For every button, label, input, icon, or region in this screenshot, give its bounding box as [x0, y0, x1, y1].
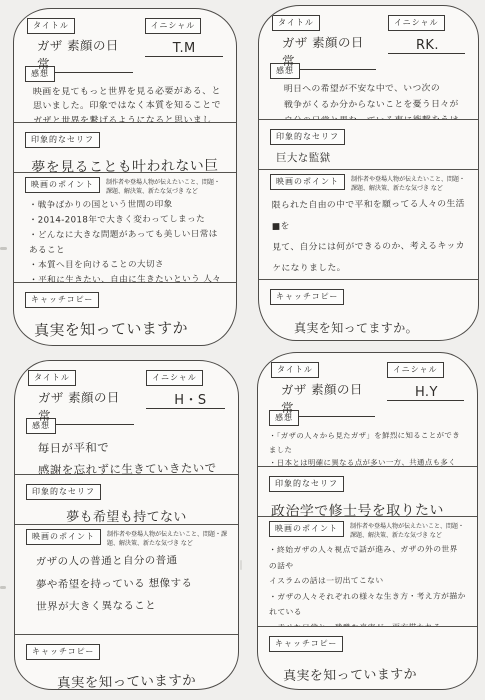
field-label-points: 映画のポイント — [25, 177, 100, 193]
field-label-catchcopy: キャッチコピー — [269, 636, 343, 652]
card-header: タイトル ガザ 素顔の日常 イニシャル H.Y — [258, 353, 477, 401]
review-card: タイトル ガザ 素顔の日常 イニシャル H.Y 感想 ・「ガザの人々から見たガザ… — [257, 352, 478, 690]
catchcopy-text: 真実を知っていますか — [269, 662, 466, 684]
scan-artifact — [0, 586, 6, 589]
scan-artifact — [0, 247, 7, 250]
field-label-title: タイトル — [27, 18, 75, 34]
title-value: ガザ 素顔の日常 — [38, 387, 133, 424]
impression-text: 毎日が平和で 感謝を忘れずに生きていきたいです — [26, 435, 228, 475]
field-label-points: 映画のポイント — [270, 174, 345, 190]
points-hint-text: 制作者や登場人物が伝えたいこと、問題・課題、解決策、新たな気づき など — [106, 177, 225, 196]
catchcopy-section: キャッチコピー 真実を知ってますか。 — [259, 280, 478, 340]
title-field: タイトル ガザ 素顔の日常 — [28, 370, 134, 409]
initial-value: H・S — [156, 389, 206, 408]
points-text: 限られた自由の中で平和を願ってる人々の生活■を 見て、自分には何ができるのか、考… — [270, 194, 468, 280]
quote-text: 巨大な監獄 他の国の人達と同じように自由になりたい。 — [270, 149, 467, 170]
catchcopy-text: 真実を知ってますか。 — [270, 319, 467, 336]
points-header: 映画のポイント 制作者や登場人物が伝えたいこと、問題・課題、解決策、新たな気づき… — [25, 177, 225, 196]
field-label-quote: 印象的なセリフ — [26, 484, 101, 500]
scan-artifact — [240, 560, 242, 570]
field-label-quote: 印象的なセリフ — [270, 129, 345, 145]
title-value: ガザ 素顔の日常 — [281, 379, 373, 416]
review-card: タイトル ガザ 素顔の日常 イニシャル T.M 感想 映画を見てもっと世界を見る… — [13, 8, 237, 346]
review-card: タイトル ガザ 素顔の日常 イニシャル RK. 感想 明日への希望が不安な中で、… — [258, 5, 479, 341]
field-label-initial: イニシャル — [388, 15, 445, 31]
field-label-catchcopy: キャッチコピー — [270, 289, 344, 305]
points-header: 映画のポイント 制作者や登場人物が伝えたいこと、問題・課題、解決策、新たな気づき… — [26, 529, 227, 548]
title-field: タイトル ガザ 素顔の日常 — [271, 362, 375, 401]
title-field: タイトル ガザ 素顔の日常 — [272, 15, 376, 54]
points-header: 映画のポイント 制作者や登場人物が伝えたいこと、問題・課題、解決策、新たな気づき… — [270, 174, 467, 193]
catchcopy-section: キャッチコピー 真実を知っていますか — [15, 635, 238, 689]
field-label-points: 映画のポイント — [26, 529, 101, 545]
initial-field: イニシャル RK. — [388, 15, 465, 54]
field-label-title: タイトル — [272, 15, 320, 31]
title-value: ガザ 素顔の日常 — [282, 32, 374, 69]
quote-section: 印象的なセリフ 夢も希望も持てない — [15, 475, 238, 525]
quote-section: 印象的なセリフ 巨大な監獄 他の国の人達と同じように自由になりたい。 — [259, 120, 478, 170]
impression-text: 映画を見てもっと世界を見る必要がある、と 思いました。印象ではなく本質を知ること… — [25, 84, 225, 123]
title-value: ガザ 素顔の日常 — [37, 35, 131, 72]
catchcopy-section: キャッチコピー 真実を知っていますか — [258, 627, 477, 689]
field-label-points: 映画のポイント — [269, 521, 344, 537]
title-field: タイトル ガザ 素顔の日常 — [27, 18, 133, 57]
points-section: 映画のポイント 制作者や登場人物が伝えたいこと、問題・課題、解決策、新たな気づき… — [14, 173, 236, 283]
catchcopy-text: 真実を知っていますか — [26, 667, 227, 689]
points-section: 映画のポイント 制作者や登場人物が伝えたいこと、問題・課題、解決策、新たな気づき… — [259, 170, 478, 280]
card-header: タイトル ガザ 素顔の日常 イニシャル T.M — [14, 9, 236, 57]
points-header: 映画のポイント 制作者や登場人物が伝えたいこと、問題・課題、解決策、新たな気づき… — [269, 521, 466, 540]
quote-section: 印象的なセリフ 政治学で修士号を取りたい — [258, 467, 477, 517]
field-label-quote: 印象的なセリフ — [25, 132, 100, 148]
field-label-initial: イニシャル — [387, 362, 444, 378]
impression-text: ・「ガザの人々から見たガザ」を鮮烈に知ることができました ・日本とは明確に異なる… — [269, 428, 466, 467]
impression-text: 明日への希望が不安な中で、いつ次の 戦争がくるか分からないことを憂う日々が 自分… — [270, 81, 467, 120]
field-label-catchcopy: キャッチコピー — [25, 292, 99, 308]
points-text: ガザの人の普通と自分の普通 夢や希望を持っている 想像する 世界が大きく異なるこ… — [26, 549, 228, 619]
initial-value: H.Y — [397, 385, 438, 400]
points-section: 映画のポイント 制作者や登場人物が伝えたいこと、問題・課題、解決策、新たな気づき… — [15, 525, 238, 635]
quote-section: 印象的なセリフ 夢を見ることも叶われない巨大な壁 — [14, 123, 236, 173]
initial-value: T.M — [155, 41, 196, 56]
points-hint-text: 制作者や登場人物が伝えたいこと、問題・課題、解決策、新たな気づき など — [351, 174, 467, 193]
initial-field: イニシャル T.M — [145, 18, 223, 57]
points-hint-text: 制作者や登場人物が伝えたいこと、問題・課題、解決策、新たな気づき など — [350, 521, 466, 540]
points-text: ・終始ガザの人々視点で話が進み、ガザの外の世界の話や イスラムの話は一切出てこな… — [269, 541, 466, 627]
catchcopy-section: キャッチコピー 真実を知っていますか — [14, 283, 236, 345]
field-label-quote: 印象的なセリフ — [269, 476, 344, 492]
field-label-initial: イニシャル — [146, 370, 203, 386]
card-header: タイトル ガザ 素顔の日常 イニシャル H・S — [15, 361, 238, 409]
initial-field: イニシャル H・S — [146, 370, 225, 409]
scanned-review-sheet: タイトル ガザ 素顔の日常 イニシャル T.M 感想 映画を見てもっと世界を見る… — [0, 0, 485, 700]
field-label-initial: イニシャル — [145, 18, 202, 34]
review-card: タイトル ガザ 素顔の日常 イニシャル H・S 感想 毎日が平和で 感謝を忘れず… — [14, 360, 239, 690]
card-header: タイトル ガザ 素顔の日常 イニシャル RK. — [259, 6, 478, 54]
points-hint-text: 制作者や登場人物が伝えたいこと、問題・課題、解決策、新たな気づき など — [107, 529, 227, 548]
initial-value: RK. — [398, 38, 439, 53]
field-label-title: タイトル — [28, 370, 76, 386]
quote-text: 夢も希望も持てない — [26, 506, 227, 525]
quote-text: 夢を見ることも叶われない巨大な壁 — [25, 155, 225, 173]
catchcopy-text: 真実を知っていますか — [25, 316, 225, 340]
quote-text: 政治学で修士号を取りたい — [269, 499, 466, 517]
points-text: ・戦争ばかりの国という世間の印象 ・2014-2018年で大きく変わってしまった… — [25, 197, 226, 283]
points-section: 映画のポイント 制作者や登場人物が伝えたいこと、問題・課題、解決策、新たな気づき… — [258, 517, 477, 627]
field-label-title: タイトル — [271, 362, 319, 378]
initial-field: イニシャル H.Y — [387, 362, 464, 401]
field-label-catchcopy: キャッチコピー — [26, 644, 100, 660]
